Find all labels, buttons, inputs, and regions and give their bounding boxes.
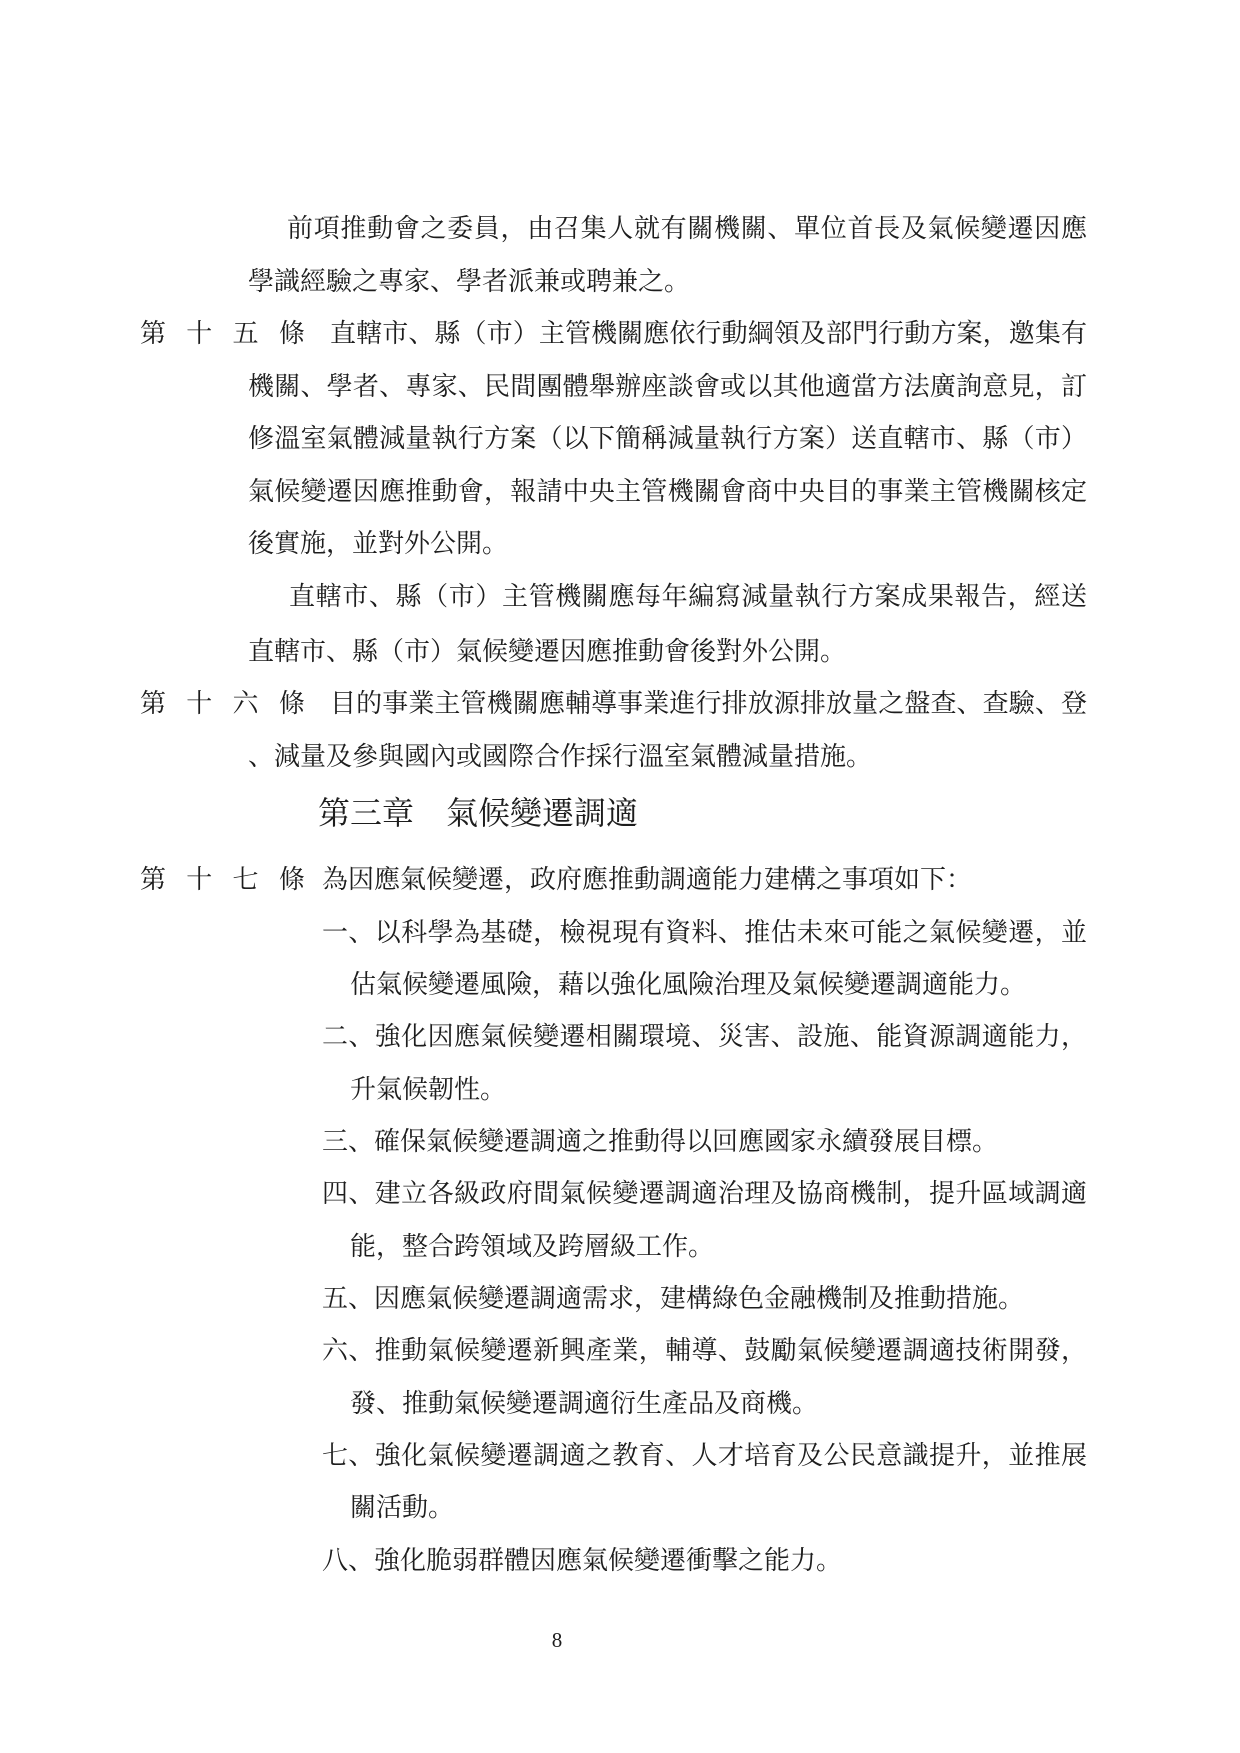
article-17-item-3-line: 三、確保氣候變遷調適之推動得以回應國家永續發展目標。 bbox=[322, 1126, 998, 1158]
article-15-paragraph-1-line: 修溫室氣體減量執行方案（以下簡稱減量執行方案）送直轄市、縣（市） bbox=[248, 423, 1087, 455]
preceding-paragraph-line: 前項推動會之委員，由召集人就有關機關、單位首長及氣候變遷因應 bbox=[287, 213, 1087, 245]
article-15-paragraph-1-line: 機關、學者、專家、民間團體舉辦座談會或以其他適當方法廣詢意見，訂 bbox=[248, 371, 1087, 403]
article-17-item-6-line: 發、推動氣候變遷調適衍生產品及商機。 bbox=[350, 1388, 818, 1420]
article-15-paragraph-1-line: 後實施，並對外公開。 bbox=[248, 528, 508, 560]
article-16-paragraph-1-line: 、減量及參與國內或國際合作採行溫室氣體減量措施。 bbox=[248, 741, 872, 773]
article-17-item-7-line: 七、強化氣候變遷調適之教育、人才培育及公民意識提升，並推展相 bbox=[322, 1440, 1087, 1472]
article-17-item-4-line: 能，整合跨領域及跨層級工作。 bbox=[350, 1231, 714, 1263]
article-17-item-7-line: 關活動。 bbox=[350, 1492, 454, 1524]
article-17-intro: 為因應氣候變遷，政府應推動調適能力建構之事項如下： bbox=[322, 864, 972, 896]
article-17-item-4-line: 四、建立各級政府間氣候變遷調適治理及協商機制，提升區域調適量 bbox=[322, 1178, 1087, 1210]
article-15-paragraph-2-line: 直轄市、縣（市）主管機關應每年編寫減量執行方案成果報告，經送 bbox=[289, 581, 1087, 613]
chapter-3-heading: 第三章 氣候變遷調適 bbox=[318, 793, 638, 833]
article-17-item-5-line: 五、因應氣候變遷調適需求，建構綠色金融機制及推動措施。 bbox=[322, 1283, 1024, 1315]
article-16-label: 第十六條 bbox=[140, 688, 325, 720]
document-page: 前項推動會之委員，由召集人就有關機關、單位首長及氣候變遷因應 學識經驗之專家、學… bbox=[0, 0, 1240, 1753]
article-15-paragraph-1-line: 直轄市、縣（市）主管機關應依行動綱領及部門行動方案，邀集有關 bbox=[330, 318, 1087, 350]
page-number: 8 bbox=[0, 1628, 1114, 1652]
preceding-paragraph-line: 學識經驗之專家、學者派兼或聘兼之。 bbox=[248, 266, 690, 298]
article-15-paragraph-1-line: 氣候變遷因應推動會，報請中央主管機關會商中央目的事業主管機關核定 bbox=[248, 476, 1087, 508]
article-17-item-1-line: 一、以科學為基礎，檢視現有資料、推估未來可能之氣候變遷，並評 bbox=[322, 917, 1087, 949]
article-17-item-1-line: 估氣候變遷風險，藉以強化風險治理及氣候變遷調適能力。 bbox=[350, 969, 1026, 1001]
article-16-paragraph-1-line: 目的事業主管機關應輔導事業進行排放源排放量之盤查、查驗、登錄 bbox=[330, 688, 1087, 720]
article-15-label: 第十五條 bbox=[140, 318, 325, 350]
article-17-label: 第十七條 bbox=[140, 864, 325, 896]
article-17-item-2-line: 升氣候韌性。 bbox=[350, 1074, 506, 1106]
article-17-item-6-line: 六、推動氣候變遷新興產業，輔導、鼓勵氣候變遷調適技術開發，研 bbox=[322, 1335, 1087, 1367]
article-17-item-2-line: 二、強化因應氣候變遷相關環境、災害、設施、能資源調適能力，提 bbox=[322, 1021, 1087, 1053]
article-15-paragraph-2-line: 直轄市、縣（市）氣候變遷因應推動會後對外公開。 bbox=[248, 636, 846, 668]
article-17-item-8-line: 八、強化脆弱群體因應氣候變遷衝擊之能力。 bbox=[322, 1545, 842, 1577]
